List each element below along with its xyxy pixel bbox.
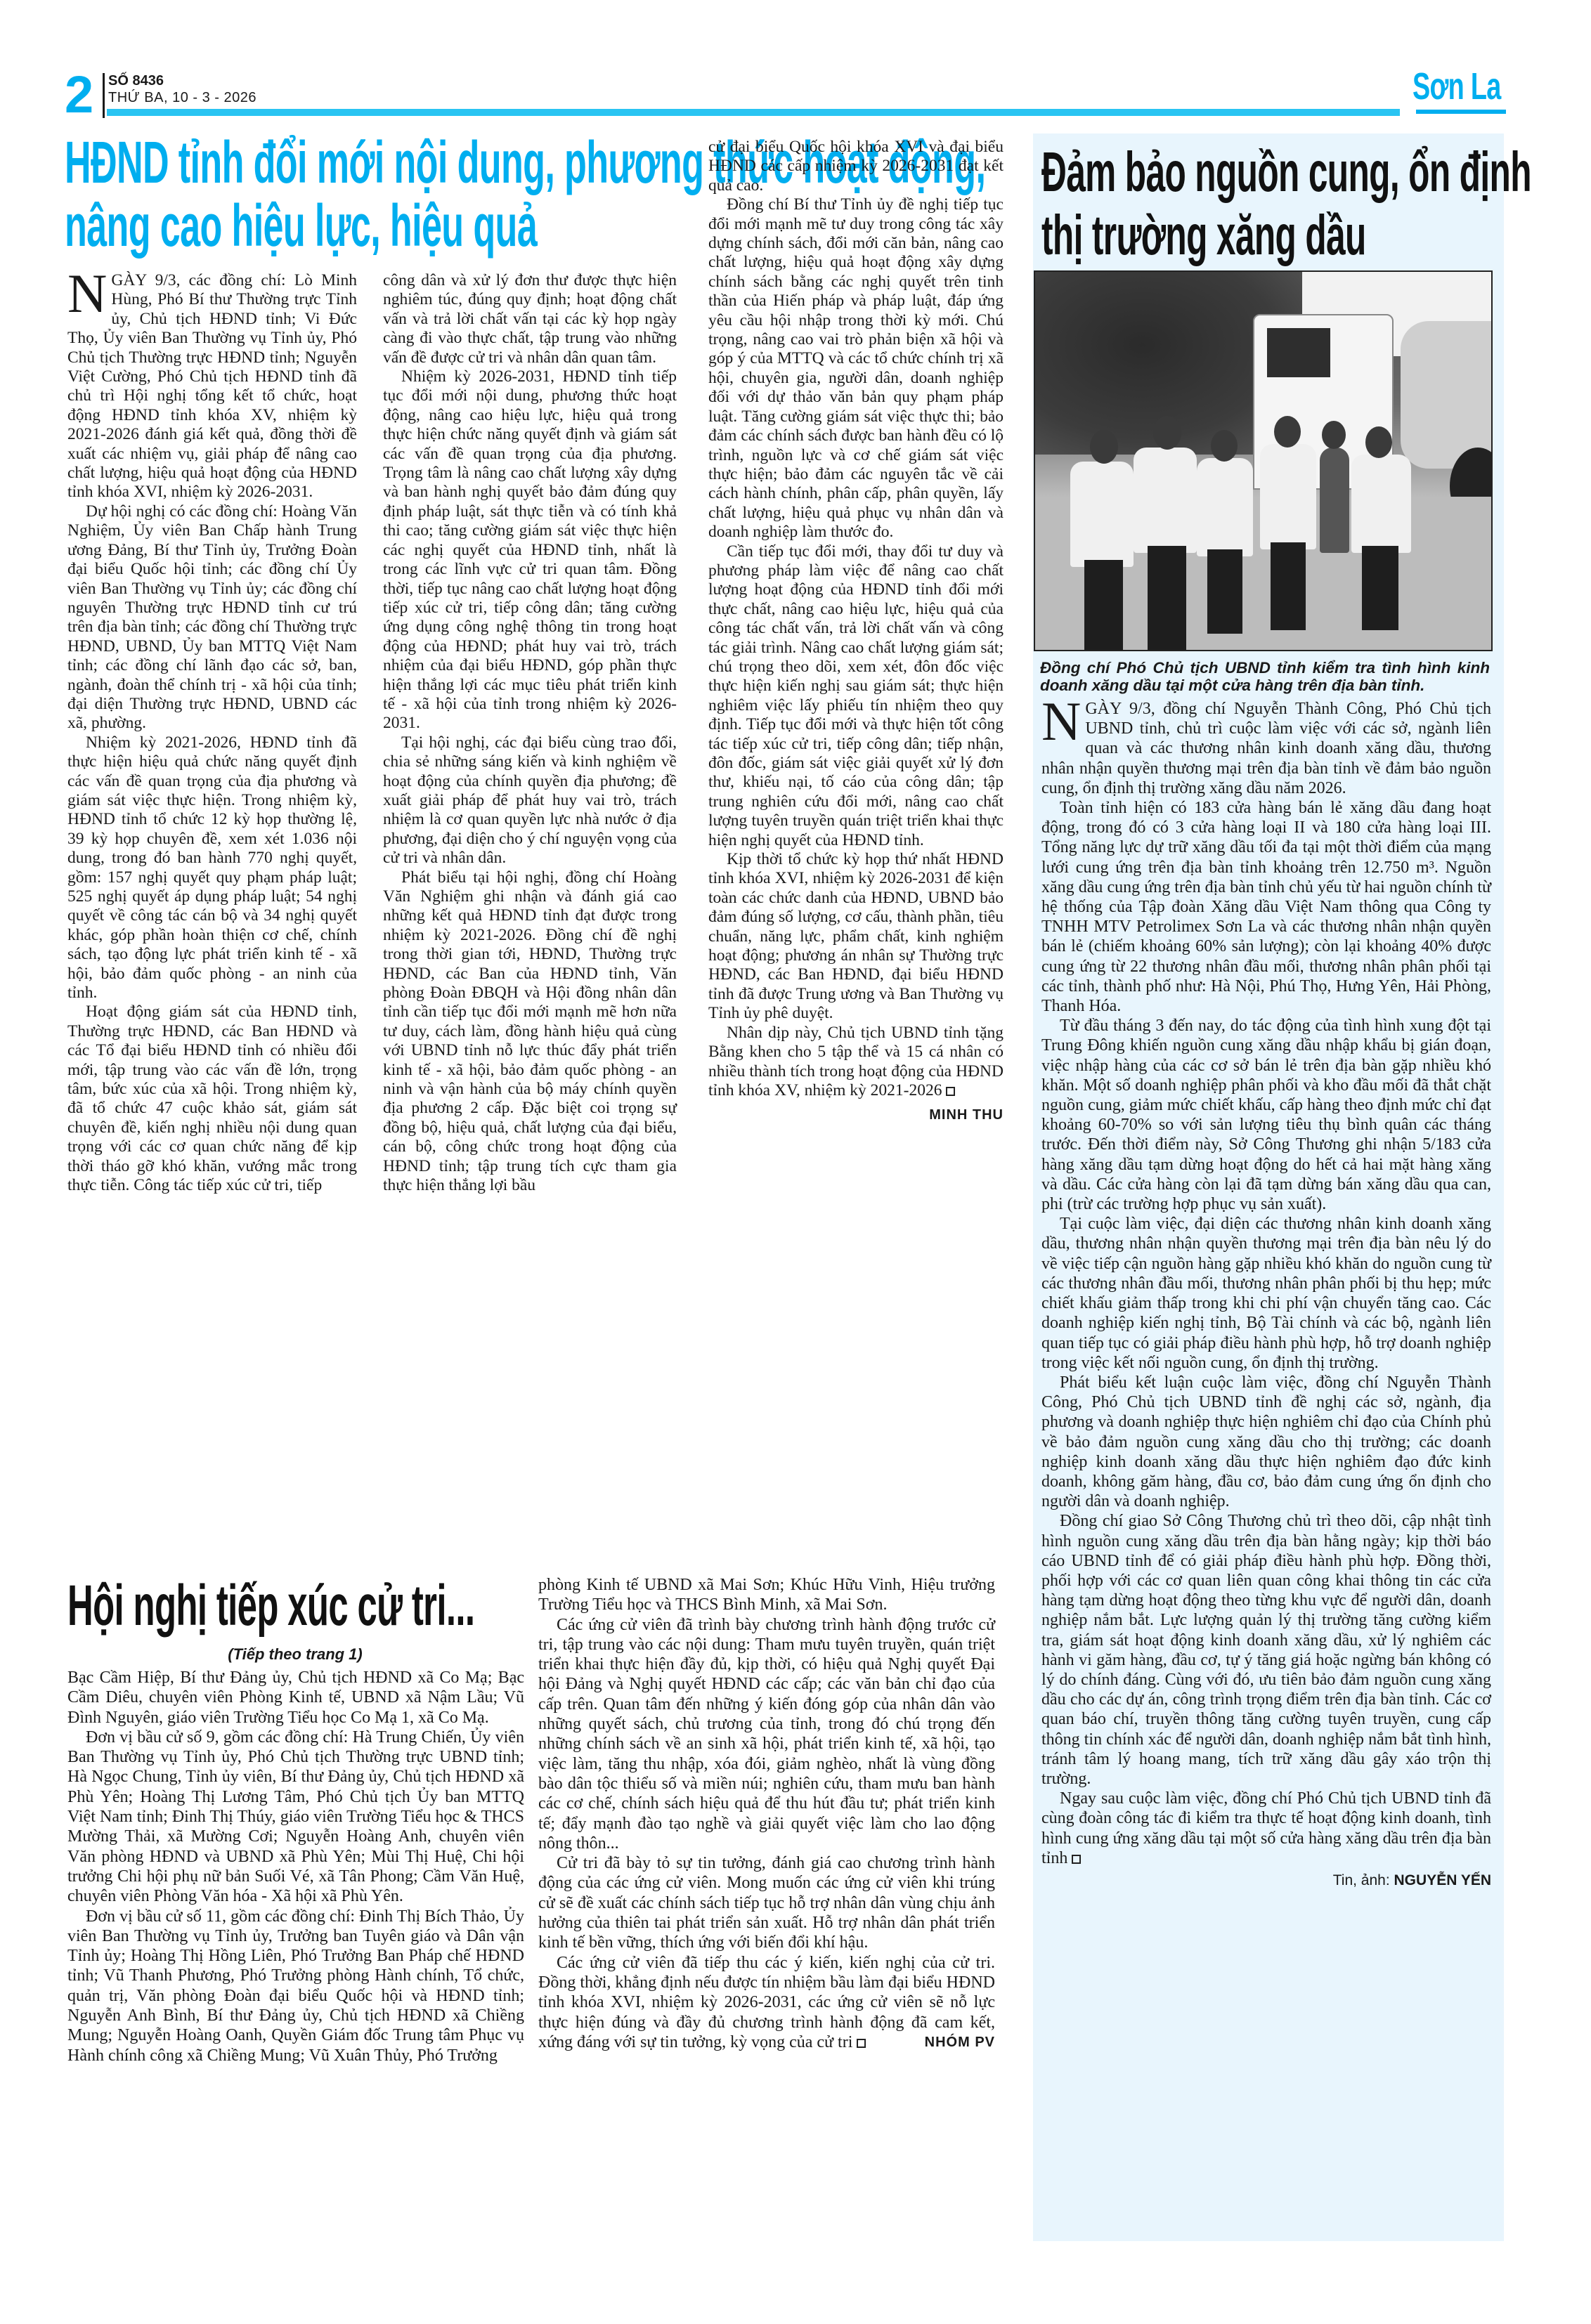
section-brand: Sơn La	[1413, 65, 1501, 108]
article-headline[interactable]: Đảm bảo nguồn cung, ổn định	[1041, 141, 1531, 204]
article-paragraph: phòng Kinh tế UBND xã Mai Sơn; Khúc Hữu …	[538, 1575, 995, 1615]
end-mark-icon	[1072, 1855, 1081, 1864]
author-byline: Tin, ảnh: NGUYỄN YẾN	[1041, 1871, 1491, 1891]
article-paragraph: Hoạt động giám sát của HĐND tỉnh, Thường…	[67, 1003, 357, 1195]
article-paragraph: Tại hội nghị, các đại biểu cùng trao đổi…	[383, 733, 677, 868]
article-headline[interactable]: Hội nghị tiếp xúc cử tri...	[67, 1574, 474, 1638]
brand-rule	[1416, 110, 1506, 114]
issue-number: SỐ 8436	[108, 73, 164, 89]
article-paragraph: Đồng chí Bí thư Tỉnh ủy đề nghị tiếp tục…	[708, 195, 1004, 542]
article-paragraph: Dự hội nghị có các đồng chí: Hoàng Văn N…	[67, 502, 357, 733]
drop-cap: N	[1041, 700, 1085, 743]
article-body: NGÀY 9/3, đồng chí Nguyễn Thành Công, Ph…	[1041, 699, 1491, 1891]
page-number: 2	[65, 70, 93, 119]
article-column-3: cử đại biểu Quốc hội khóa XVI và đại biể…	[708, 138, 1004, 1125]
article-headline-line2[interactable]: thị trường xăng dầu	[1041, 204, 1366, 267]
article-paragraph: Cần tiếp tục đổi mới, thay đổi tư duy và…	[708, 542, 1004, 851]
article-paragraph: Các ứng cử viên đã trình bày chương trìn…	[538, 1615, 995, 1854]
news-photo	[1034, 270, 1493, 651]
photo-caption: Đồng chí Phó Chủ tịch UBND tỉnh kiểm tra…	[1040, 659, 1490, 694]
article-column-2: phòng Kinh tế UBND xã Mai Sơn; Khúc Hữu …	[538, 1575, 995, 2052]
article-paragraph: NGÀY 9/3, các đồng chí: Lò Minh Hùng, Ph…	[67, 271, 357, 502]
article-column-1: NGÀY 9/3, các đồng chí: Lò Minh Hùng, Ph…	[67, 271, 357, 1196]
header-rule	[107, 109, 1400, 116]
article-paragraph: Nhiệm kỳ 2021-2026, HĐND tỉnh đã thực hi…	[67, 733, 357, 1003]
article-paragraph: Ngay sau cuộc làm việc, đồng chí Phó Chủ…	[1041, 1789, 1491, 1868]
article-paragraph: Bạc Cầm Hiệp, Bí thư Đảng ủy, Chủ tịch H…	[67, 1668, 524, 1728]
drop-cap: N	[67, 273, 111, 315]
issue-date: THỨ BA, 10 - 3 - 2026	[108, 90, 256, 105]
article-headline-line2[interactable]: nâng cao hiệu lực, hiệu quả	[65, 194, 537, 257]
article-paragraph: Đồng chí giao Sở Công Thương chủ trì the…	[1041, 1511, 1491, 1789]
article-paragraph: Từ đầu tháng 3 đến nay, do tác động của …	[1041, 1016, 1491, 1214]
header-divider	[103, 73, 105, 118]
article-paragraph: Cử tri đã bày tỏ sự tin tưởng, đánh giá …	[538, 1853, 995, 1952]
article-paragraph: cử đại biểu Quốc hội khóa XVI và đại biể…	[708, 138, 1004, 195]
article-paragraph: Nhân dịp này, Chủ tịch UBND tỉnh tặng Bằ…	[708, 1024, 1004, 1101]
article-paragraph: Đơn vị bầu cử số 11, gồm các đồng chí: Đ…	[67, 1907, 524, 2065]
article-paragraph: Toàn tỉnh hiện có 183 cửa hàng bán lẻ xă…	[1041, 798, 1491, 1016]
article-paragraph: Đơn vị bầu cử số 9, gồm các đồng chí: Hà…	[67, 1728, 524, 1907]
article-paragraph: Phát biểu kết luận cuộc làm việc, đồng c…	[1041, 1373, 1491, 1511]
author-byline: MINH THU	[708, 1106, 1004, 1125]
article-column-2: công dân và xử lý đơn thư được thực hiện…	[383, 271, 677, 1196]
end-mark-icon	[857, 2039, 866, 2048]
article-column-1: Bạc Cầm Hiệp, Bí thư Đảng ủy, Chủ tịch H…	[67, 1668, 524, 2065]
article-paragraph: công dân và xử lý đơn thư được thực hiện…	[383, 271, 677, 367]
continued-from-label: (Tiếp theo trang 1)	[56, 1645, 534, 1664]
article-paragraph: Nhiệm kỳ 2026-2031, HĐND tỉnh tiếp tục đ…	[383, 367, 677, 733]
article-paragraph: Tại cuộc làm việc, đại diện các thương n…	[1041, 1214, 1491, 1373]
article-paragraph: Phát biểu tại hội nghị, đồng chí Hoàng V…	[383, 868, 677, 1196]
end-mark-icon	[946, 1087, 955, 1096]
article-paragraph: NGÀY 9/3, đồng chí Nguyễn Thành Công, Ph…	[1041, 699, 1491, 798]
article-paragraph: Kịp thời tổ chức kỳ họp thứ nhất HĐND tỉ…	[708, 850, 1004, 1024]
